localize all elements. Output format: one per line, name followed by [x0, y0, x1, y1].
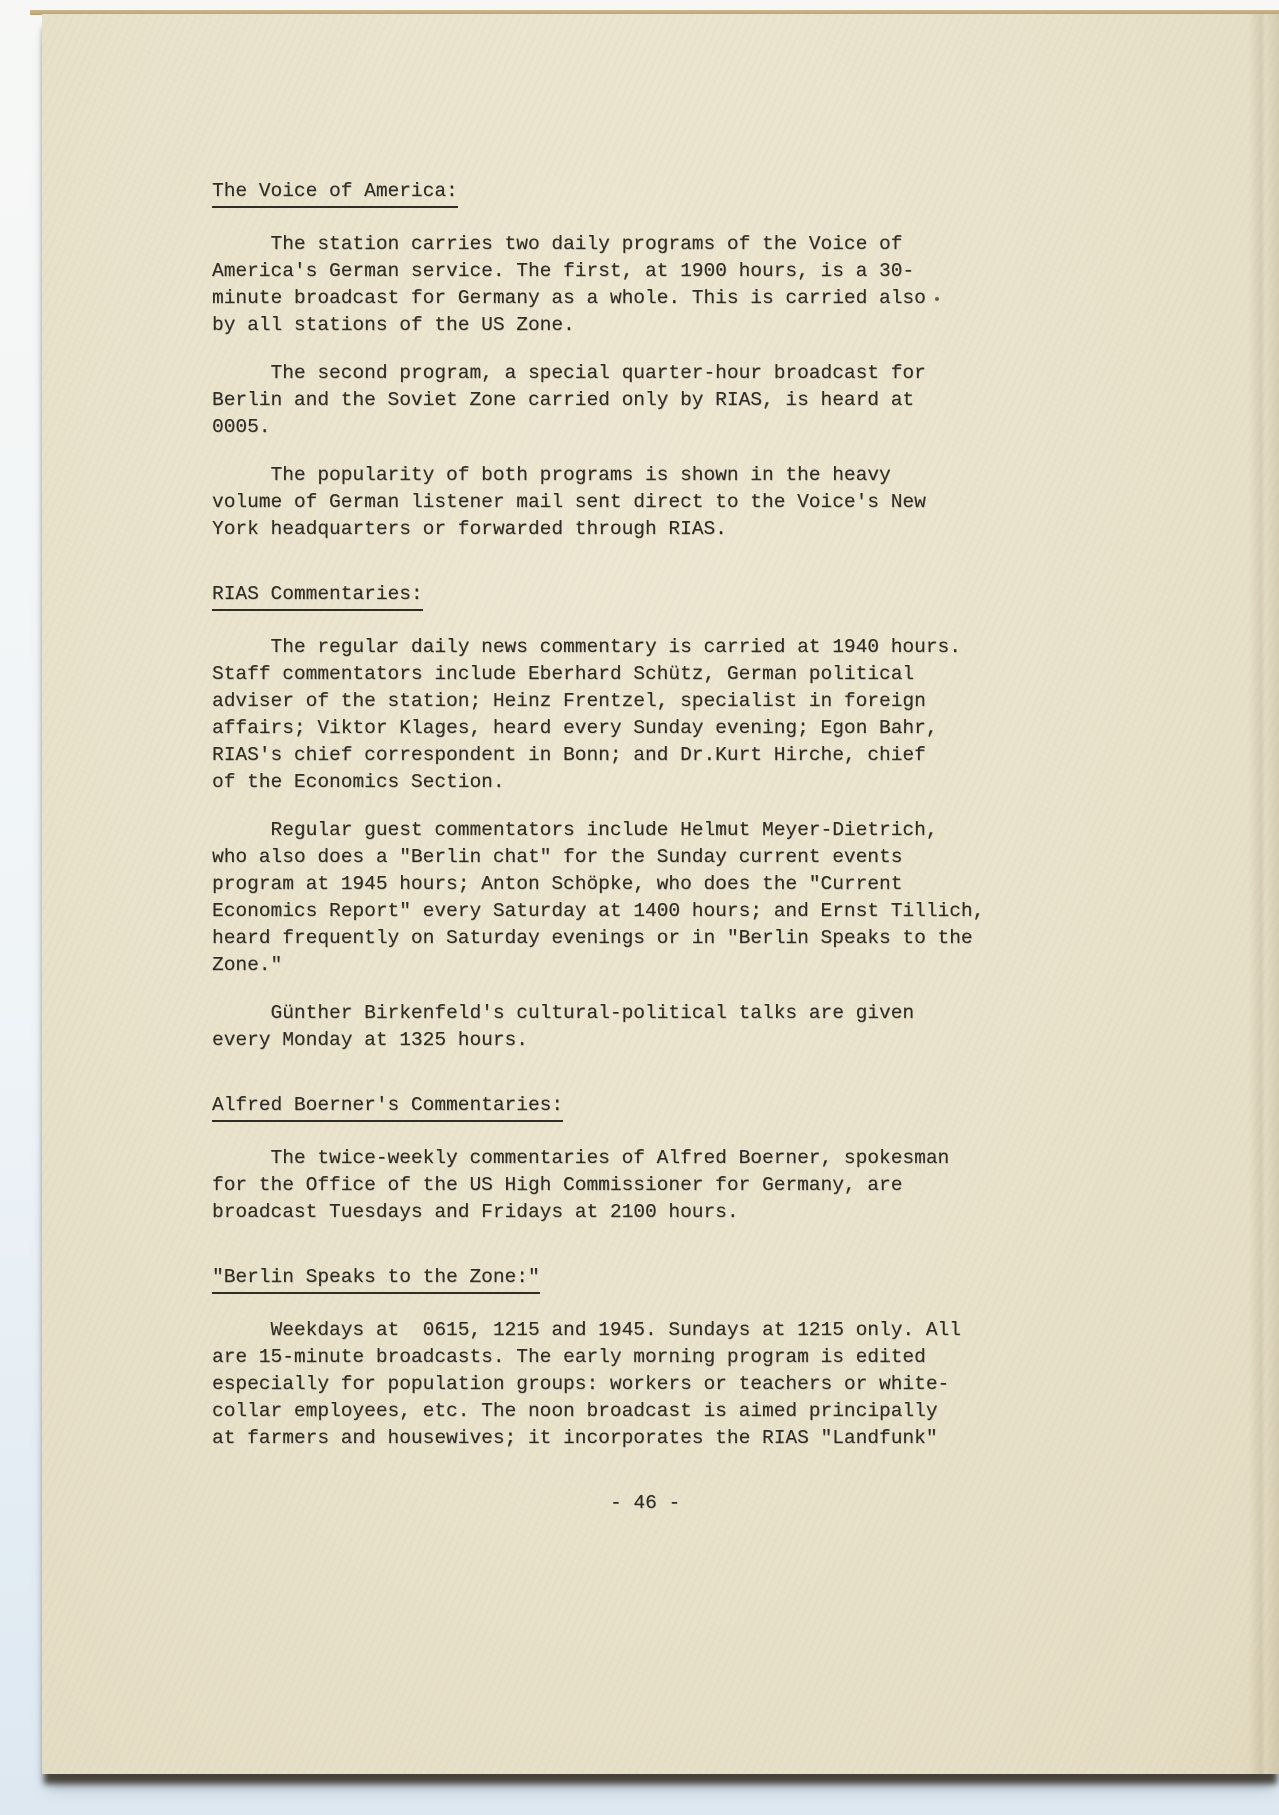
- section-berlin-speaks-to-the-zone: "Berlin Speaks to the Zone:" Weekdays at…: [212, 1264, 1072, 1452]
- text-line: The regular daily news commentary is car…: [212, 634, 1072, 661]
- text-line: of the Economics Section.: [212, 769, 1072, 796]
- text-line: The twice-weekly commentaries of Alfred …: [212, 1145, 1072, 1172]
- text-line: at farmers and housewives; it incorporat…: [212, 1425, 1072, 1452]
- text-line: by all stations of the US Zone.: [212, 312, 1072, 339]
- text-line: RIAS's chief correspondent in Bonn; and …: [212, 742, 1072, 769]
- text-line: America's German service. The first, at …: [212, 258, 1072, 285]
- text-line: adviser of the station; Heinz Frentzel, …: [212, 688, 1072, 715]
- paragraph: The popularity of both programs is shown…: [212, 462, 1072, 543]
- text-line: for the Office of the US High Commission…: [212, 1172, 1072, 1199]
- text-line: Staff commentators include Eberhard Schü…: [212, 661, 1072, 688]
- text-line: every Monday at 1325 hours.: [212, 1027, 1072, 1054]
- section-voice-of-america: The Voice of America: The station carrie…: [212, 178, 1072, 543]
- scanned-document-page: The Voice of America: The station carrie…: [42, 14, 1279, 1774]
- text-line: heard frequently on Saturday evenings or…: [212, 925, 1072, 952]
- text-line: York headquarters or forwarded through R…: [212, 516, 1072, 543]
- section-heading-row: Alfred Boerner's Commentaries:: [212, 1092, 1072, 1122]
- paragraph: The station carries two daily programs o…: [212, 231, 1072, 339]
- text-line: broadcast Tuesdays and Fridays at 2100 h…: [212, 1199, 1072, 1226]
- text-line: who also does a "Berlin chat" for the Su…: [212, 844, 1072, 871]
- paragraph: The second program, a special quarter-ho…: [212, 360, 1072, 441]
- text-line: especially for population groups: worker…: [212, 1371, 1072, 1398]
- text-line: minute broadcast for Germany as a whole.…: [212, 285, 1072, 312]
- section-alfred-boerner: Alfred Boerner's Commentaries: The twice…: [212, 1092, 1072, 1226]
- text-line: Weekdays at 0615, 1215 and 1945. Sundays…: [212, 1317, 1072, 1344]
- paragraph: Günther Birkenfeld's cultural-political …: [212, 1000, 1072, 1054]
- scanner-bed: { "document": { "page_number": "- 46 -",…: [0, 0, 1279, 1815]
- text-line: volume of German listener mail sent dire…: [212, 489, 1072, 516]
- section-heading: The Voice of America:: [212, 178, 458, 208]
- text-line: The popularity of both programs is shown…: [212, 462, 1072, 489]
- section-heading: RIAS Commentaries:: [212, 581, 423, 611]
- paragraph: The twice-weekly commentaries of Alfred …: [212, 1145, 1072, 1226]
- paragraph: Weekdays at 0615, 1215 and 1945. Sundays…: [212, 1317, 1072, 1452]
- section-heading-row: RIAS Commentaries:: [212, 581, 1072, 611]
- page-right-crease: [1249, 14, 1279, 1774]
- text-line: Günther Birkenfeld's cultural-political …: [212, 1000, 1072, 1027]
- text-line: Economics Report" every Saturday at 1400…: [212, 898, 1072, 925]
- text-line: collar employees, etc. The noon broadcas…: [212, 1398, 1072, 1425]
- section-heading: Alfred Boerner's Commentaries:: [212, 1092, 563, 1122]
- section-heading: "Berlin Speaks to the Zone:": [212, 1264, 540, 1294]
- text-line: Zone.": [212, 952, 1072, 979]
- text-line: 0005.: [212, 414, 1072, 441]
- section-heading-row: The Voice of America:: [212, 178, 1072, 208]
- text-line: The station carries two daily programs o…: [212, 231, 1072, 258]
- book-page-stack-edge: [27, 14, 42, 1774]
- text-line: Berlin and the Soviet Zone carried only …: [212, 387, 1072, 414]
- typewritten-content: The Voice of America: The station carrie…: [212, 178, 1072, 1517]
- section-heading-row: "Berlin Speaks to the Zone:": [212, 1264, 1072, 1294]
- text-line: are 15-minute broadcasts. The early morn…: [212, 1344, 1072, 1371]
- text-line: program at 1945 hours; Anton Schöpke, wh…: [212, 871, 1072, 898]
- text-line: affairs; Viktor Klages, heard every Sund…: [212, 715, 1072, 742]
- paragraph: Regular guest commentators include Helmu…: [212, 817, 1072, 979]
- section-rias-commentaries: RIAS Commentaries: The regular daily new…: [212, 581, 1072, 1054]
- page-number: - 46 -: [212, 1490, 1072, 1517]
- paragraph: The regular daily news commentary is car…: [212, 634, 1072, 796]
- text-line: The second program, a special quarter-ho…: [212, 360, 1072, 387]
- text-line: Regular guest commentators include Helmu…: [212, 817, 1072, 844]
